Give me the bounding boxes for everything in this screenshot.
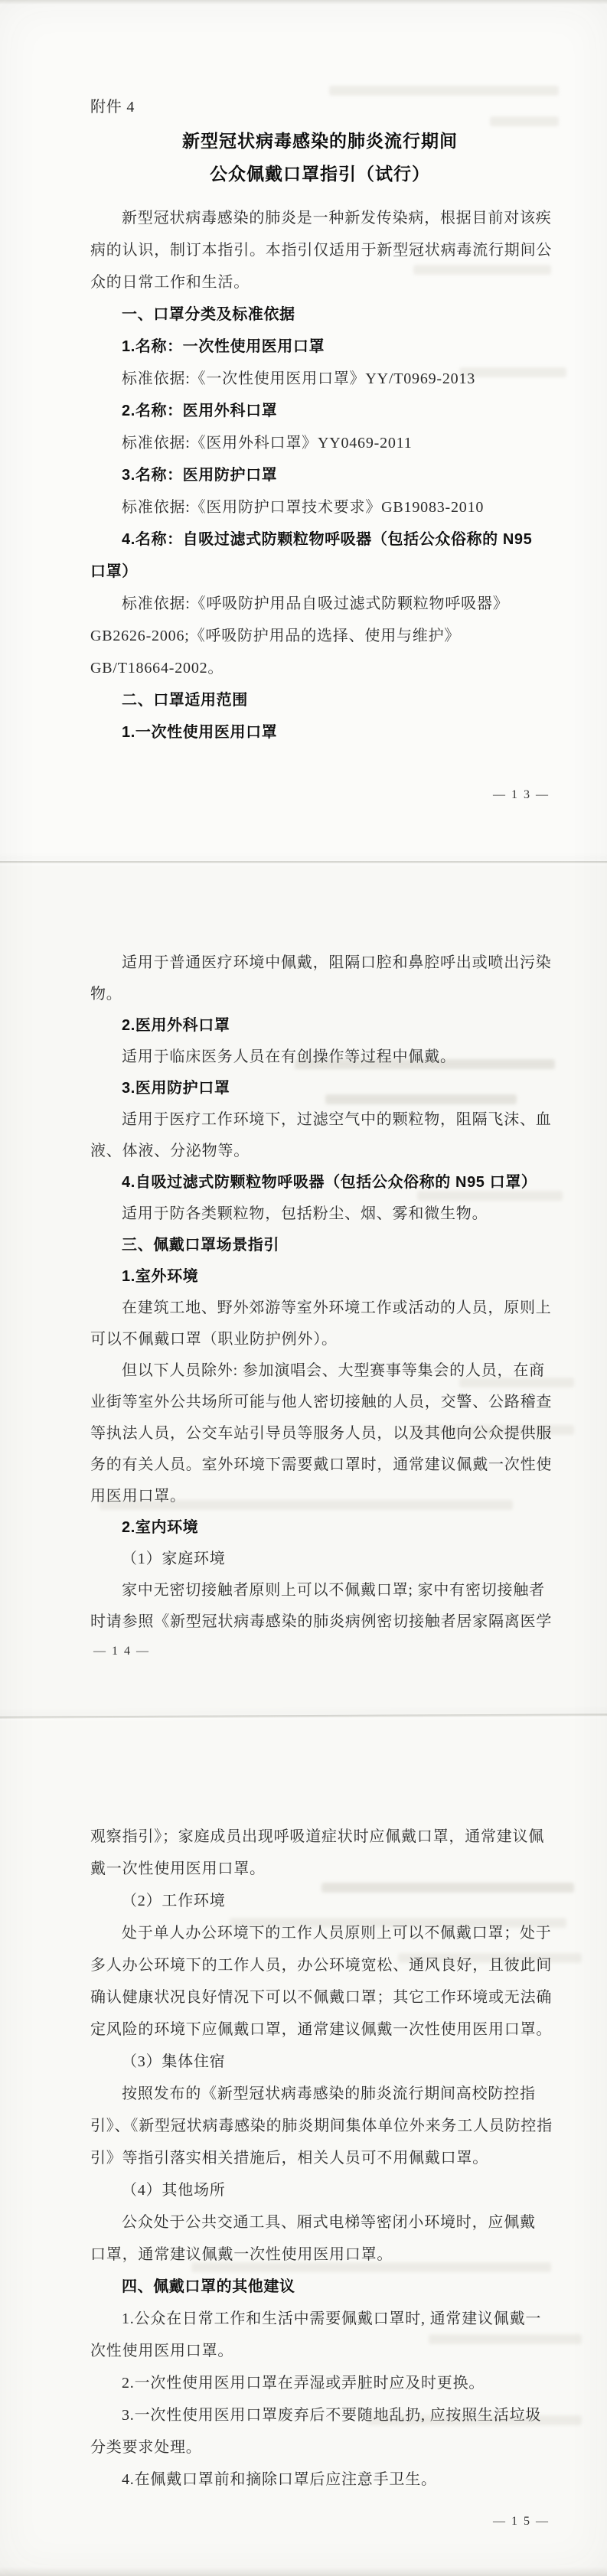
text-line: 戴一次性使用医用口罩。 [90,1859,550,1879]
text-line: 业街等室外公共场所可能与他人密切接触的人员，交警、公路稽查 [90,1392,550,1412]
text-line: 处于单人办公环境下的工作人员原则上可以不佩戴口罩；处于 [90,1923,581,1943]
text-line: 适用于普通医疗环境中佩戴，阻隔口腔和鼻腔呼出或喷出污染 [90,953,581,973]
text-line: 等执法人员，公交车站引导员等服务人员，以及其他向公众提供服 [90,1423,550,1443]
document-title-line: 新型冠状病毒感染的肺炎流行期间 [90,130,550,153]
document-scan: 附件 4新型冠状病毒感染的肺炎流行期间公众佩戴口罩指引（试行）新型冠状病毒感染的… [0,0,607,2576]
text-line: GB/T18664-2002。 [90,658,550,678]
text-line: 适用于防各类颗粒物，包括粉尘、烟、雾和微生物。 [90,1204,581,1224]
page-seam [0,861,607,863]
text-line: 众的日常工作和生活。 [90,272,550,292]
text-line: 2.室内环境 [90,1518,581,1537]
text-line: 新型冠状病毒感染的肺炎是一种新发传染病，根据目前对该疾 [90,208,581,228]
scan-edge-bottom [0,2567,607,2576]
text-line: （2）工作环境 [90,1891,581,1911]
text-line: 引》、《新型冠状病毒感染的肺炎期间集体单位外来务工人员防控指 [90,2116,550,2136]
text-line: 液、体液、分泌物等。 [90,1141,550,1161]
text-line: 标准依据:《一次性使用医用口罩》YY/T0969-2013 [90,369,581,389]
text-line: （1）家庭环境 [90,1549,581,1569]
text-line: （4）其他场所 [90,2180,581,2200]
text-line: GB2626-2006;《呼吸防护用品的选择、使用与维护》 [90,626,550,646]
text-line: 务的有关人员。室外环境下需要戴口罩时，通常建议佩戴一次性使 [90,1455,550,1475]
text-line: 分类要求处理。 [90,2437,550,2457]
text-line: 4.自吸过滤式防颗粒物呼吸器（包括公众俗称的 N95 口罩） [90,1172,581,1192]
text-line: 标准依据:《呼吸防护用品自吸过滤式防颗粒物呼吸器》 [90,594,581,614]
text-line: 2.医用外科口罩 [90,1016,581,1035]
text-line: 二、口罩适用范围 [90,690,581,710]
text-line: 确认健康状况良好情况下可以不佩戴口罩；其它工作环境或无法确 [90,1987,550,2007]
text-line: 2.一次性使用医用口罩在弄湿或弄脏时应及时更换。 [90,2373,581,2393]
text-line: 2.名称：医用外科口罩 [90,401,581,421]
text-line: 物。 [90,984,550,1004]
text-line: 次性使用医用口罩。 [90,2341,550,2361]
text-line: 用医用口罩。 [90,1486,550,1506]
text-line: 口罩） [90,562,550,582]
text-line: 观察指引》；家庭成员出现呼吸道症状时应佩戴口罩，通常建议佩 [90,1827,550,1847]
text-line: 标准依据:《医用外科口罩》YY0469-2011 [90,433,581,453]
text-line: 1.一次性使用医用口罩 [90,722,581,742]
text-line: 按照发布的《新型冠状病毒感染的肺炎流行期间高校防控指 [90,2084,581,2104]
text-line: 4.名称：自吸过滤式防颗粒物呼吸器（包括公众俗称的 N95 [90,530,581,549]
text-line: 定风险的环境下应佩戴口罩，通常建议佩戴一次性使用医用口罩。 [90,2020,550,2040]
text-line: 家中无密切接触者原则上可以不佩戴口罩; 家中有密切接触者 [90,1580,581,1600]
text-line: 时请参照《新型冠状病毒感染的肺炎病例密切接触者居家隔离医学 [90,1612,550,1632]
text-line: 公众处于公共交通工具、厢式电梯等密闭小环境时，应佩戴 [90,2212,581,2232]
text-line: 3.名称：医用防护口罩 [90,465,581,485]
page-number: — 1 3 — [90,787,561,804]
text-line: 在建筑工地、野外郊游等室外环境工作或活动的人员，原则上 [90,1298,581,1318]
text-line: 口罩，通常建议佩戴一次性使用医用口罩。 [90,2245,550,2265]
scan-edge-top [0,0,607,5]
document-title-line: 公众佩戴口罩指引（试行） [90,163,550,186]
text-line: 1.室外环境 [90,1267,581,1286]
text-line: 4.在佩戴口罩前和摘除口罩后应注意手卫生。 [90,2470,581,2490]
text-line: 但以下人员除外: 参加演唱会、大型赛事等集会的人员，在商 [90,1361,581,1381]
text-line: 3.医用防护口罩 [90,1078,581,1098]
page-number: — 1 4 — [90,1643,553,1660]
text-line: 适用于医疗工作环境下，过滤空气中的颗粒物，阻隔飞沫、血 [90,1110,581,1130]
text-line: （3）集体住宿 [90,2052,581,2072]
text-line: 一、口罩分类及标准依据 [90,305,581,324]
text-line: 标准依据:《医用防护口罩技术要求》GB19083-2010 [90,497,581,517]
page-number: — 1 5 — [90,2513,561,2530]
text-line: 四、佩戴口罩的其他建议 [90,2277,581,2297]
annex-label: 附件 4 [90,97,550,117]
text-line: 病的认识，制订本指引。本指引仅适用于新型冠状病毒流行期间公 [90,240,550,260]
text-line: 3.一次性使用医用口罩废弃后不要随地乱扔, 应按照生活垃圾 [90,2405,581,2425]
text-line: 可以不佩戴口罩（职业防护例外）。 [90,1329,550,1349]
text-line: 1.名称：一次性使用医用口罩 [90,337,581,357]
text-line: 三、佩戴口罩场景指引 [90,1235,581,1255]
text-line: 1.公众在日常工作和生活中需要佩戴口罩时, 通常建议佩戴一 [90,2309,581,2329]
text-line: 多人办公环境下的工作人员，办公环境宽松、通风良好，且彼此间 [90,1955,550,1975]
text-line: 引》等指引落实相关措施后，相关人员可不用佩戴口罩。 [90,2148,550,2168]
text-line: 适用于临床医务人员在有创操作等过程中佩戴。 [90,1047,581,1067]
